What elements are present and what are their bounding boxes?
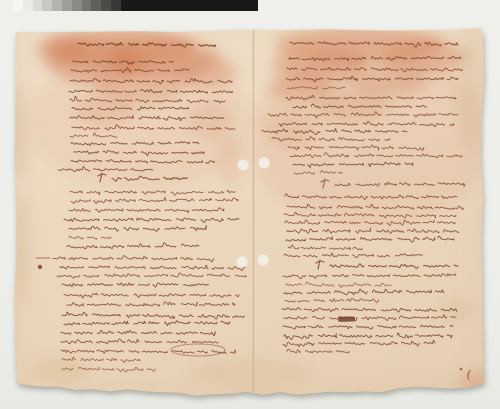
folio-dot — [460, 368, 463, 371]
folio-mark: ( — [466, 367, 473, 382]
handwriting-line-right — [286, 236, 454, 242]
handwriting-line-right — [284, 333, 452, 339]
handwriting-line-right — [285, 194, 457, 200]
handwriting-line-left — [62, 357, 140, 362]
handwriting-line-left — [69, 208, 224, 213]
manuscript-sheet-wrap: ( — [0, 0, 500, 409]
circled-word-annotation — [171, 344, 225, 356]
bold-ink-mark — [38, 265, 42, 269]
handwriting-line-right — [286, 76, 458, 81]
handwriting-line-left — [67, 243, 199, 249]
heading-mark — [321, 179, 329, 188]
handwriting-line-left — [70, 79, 232, 84]
handwriting-line-right — [287, 228, 459, 233]
handwriting-line-right — [284, 315, 456, 321]
handwriting-line-left — [62, 312, 244, 319]
scanned-manuscript-view: ( — [0, 0, 500, 409]
handwriting-line-left — [71, 67, 189, 72]
handwriting-line-left — [69, 236, 111, 239]
handwriting-line-right — [286, 95, 456, 100]
handwriting-line-right — [288, 245, 362, 250]
punch-hole — [237, 159, 249, 171]
handwriting-line-left — [70, 190, 235, 195]
handwriting-line-right — [287, 349, 349, 353]
handwriting-layer: ( — [0, 0, 500, 409]
handwriting-line-left — [69, 89, 233, 93]
handwriting-line-left — [73, 61, 173, 65]
handwriting-line-left — [57, 273, 246, 278]
handwriting-line-right — [330, 264, 458, 268]
ink-blot-strikeout — [338, 316, 355, 322]
handwriting-line-right — [283, 325, 453, 329]
handwriting-line-right — [290, 153, 462, 158]
handwriting-line-left — [72, 125, 235, 130]
handwriting-line-right — [279, 122, 454, 127]
handwriting-line-left — [74, 150, 204, 155]
handwriting-line-left — [67, 302, 235, 306]
handwriting-line-right — [284, 253, 422, 257]
handwriting-line-left — [71, 197, 238, 203]
heading-mark — [316, 260, 324, 269]
handwriting-line-right — [268, 112, 458, 118]
heading-mark — [98, 173, 106, 182]
handwriting-line-left — [64, 293, 239, 298]
handwriting-line-right — [283, 340, 435, 347]
handwriting-line-right — [262, 128, 407, 134]
handwriting-line-right — [287, 67, 462, 71]
handwriting-line-left — [70, 133, 117, 138]
handwriting-line-right — [285, 298, 379, 302]
punch-hole — [236, 256, 248, 268]
handwriting-line-right — [294, 171, 342, 174]
handwriting-line-left — [58, 167, 153, 172]
handwriting-line-left — [61, 350, 235, 353]
handwriting-line-right — [284, 289, 444, 295]
handwriting-line-right — [289, 56, 461, 61]
handwriting-line-left — [71, 160, 214, 164]
handwriting-line-left — [70, 96, 225, 103]
handwriting-line-right — [293, 104, 427, 108]
handwriting-line-left — [53, 256, 214, 262]
handwriting-line-left — [70, 116, 224, 121]
handwriting-line-right — [284, 212, 456, 218]
handwriting-line-left — [61, 339, 218, 344]
handwriting-line-left — [64, 321, 230, 326]
handwriting-line-right — [287, 86, 345, 89]
handwriting-line-right — [288, 145, 424, 150]
handwriting-line-left — [112, 176, 187, 181]
handwriting-line-right — [272, 137, 390, 142]
handwriting-line-left — [69, 225, 206, 231]
punch-hole — [258, 157, 270, 169]
handwriting-line-right — [282, 308, 457, 312]
handwriting-line-left — [71, 142, 199, 146]
handwriting-line-right — [293, 162, 413, 167]
handwriting-line-left — [62, 367, 155, 372]
handwriting-line-left — [72, 107, 189, 110]
handwriting-line-left — [61, 330, 215, 335]
handwriting-line-left — [62, 283, 208, 287]
handwriting-line-left — [64, 218, 239, 222]
handwriting-line-right — [283, 274, 456, 279]
handwriting-line-right — [286, 282, 391, 287]
handwriting-line-right — [335, 182, 465, 186]
punch-hole — [257, 254, 269, 266]
handwriting-line-right — [290, 42, 458, 47]
handwriting-line-right — [287, 204, 463, 209]
manuscript-sheet: ( — [0, 0, 500, 409]
handwriting-line-left — [60, 265, 245, 270]
handwriting-line-right — [285, 220, 455, 226]
handwriting-line-left — [78, 42, 216, 47]
